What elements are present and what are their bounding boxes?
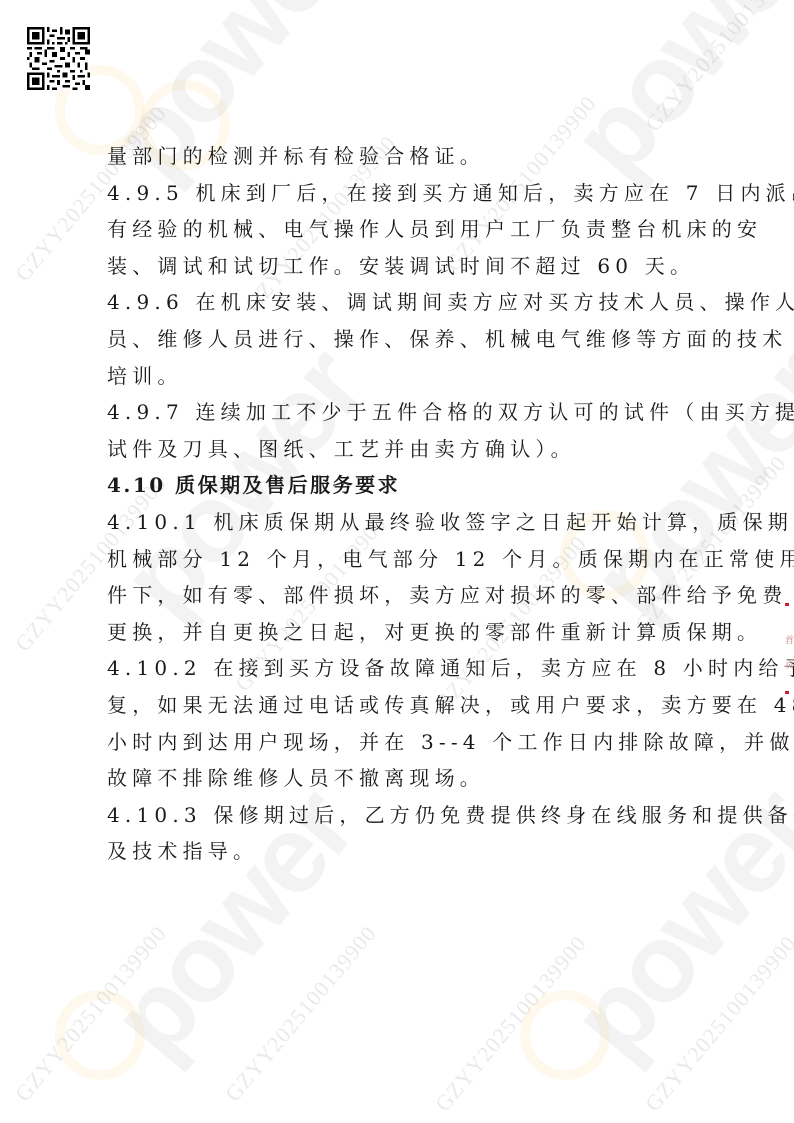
paragraph-line: 故障不排除维修人员不撤离现场。 [107, 760, 707, 797]
seal-edge-mark: 首 页 [785, 603, 793, 713]
seal-mark-dot [785, 603, 789, 606]
clause-4-9-6: 4.9.6 在机床安装、调试期间卖方应对买方技术人员、操作人 [107, 284, 707, 321]
clause-4-10-3: 4.10.3 保修期过后，乙方仍免费提供终身在线服务和提供备件 [107, 797, 707, 834]
seal-glyph: 首 [785, 633, 794, 646]
watermark-logo-circle [520, 990, 610, 1080]
watermark-text: GZYY2025100139900 [640, 931, 794, 1117]
paragraph-line: 更换，并自更换之日起，对更换的零部件重新计算质保期。 [107, 614, 707, 651]
paragraph-line: 件下，如有零、部件损坏，卖方应对损坏的零、部件给予免费 [107, 577, 707, 614]
qr-code-icon [27, 27, 90, 90]
clause-4-10-2: 4.10.2 在接到买方设备故障通知后，卖方应在 8 小时内给予答 [107, 650, 707, 687]
seal-mark-dot [785, 691, 789, 694]
watermark-text: GZYY2025100139900 [220, 921, 382, 1107]
paragraph-line: 试件及刀具、图纸、工艺并由卖方确认）。 [107, 431, 707, 468]
watermark-text: GZYY2025100139900 [430, 931, 592, 1117]
paragraph-line: 机械部分 12 个月，电气部分 12 个月。质保期内在正常使用条 [107, 541, 707, 578]
paragraph-line: 小时内到达用户现场，并在 3--4 个工作日内排除故障，并做到 [107, 724, 707, 761]
paragraph-line: 有经验的机械、电气操作人员到用户工厂负责整台机床的安 [107, 211, 707, 248]
paragraph-line: 复，如果无法通过电话或传真解决，或用户要求，卖方要在 48 [107, 687, 707, 724]
clause-4-9-7: 4.9.7 连续加工不少于五件合格的双方认可的试件（由买方提供 [107, 394, 707, 431]
seal-glyph: 页 [785, 658, 794, 671]
watermark-logo-circle [55, 990, 145, 1080]
paragraph-line: 培训。 [107, 358, 707, 395]
section-heading-4-10: 4.10 质保期及售后服务要求 [107, 467, 707, 504]
clause-4-10-1: 4.10.1 机床质保期从最终验收签字之日起开始计算，质保期为 [107, 504, 707, 541]
paragraph-line: 员、维修人员进行、操作、保养、机械电气维修等方面的技术 [107, 321, 707, 358]
paragraph-line: 及技术指导。 [107, 833, 707, 870]
watermark-text: GZYY2025100139900 [640, 0, 794, 137]
document-body: 量部门的检测并标有检验合格证。 4.9.5 机床到厂后，在接到买方通知后，卖方应… [107, 138, 707, 870]
watermark-text: GZYY2025100139900 [10, 921, 172, 1107]
clause-4-9-5: 4.9.5 机床到厂后，在接到买方通知后，卖方应在 7 日内派出 [107, 175, 707, 212]
paragraph-line: 量部门的检测并标有检验合格证。 [107, 138, 707, 175]
paragraph-line: 装、调试和试切工作。安装调试时间不超过 60 天。 [107, 248, 707, 285]
